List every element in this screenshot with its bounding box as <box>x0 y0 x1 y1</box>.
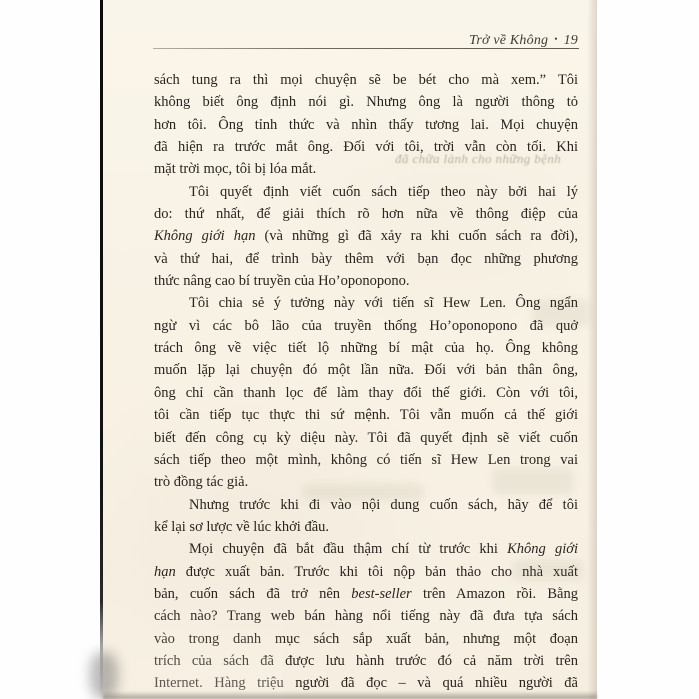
bleedthrough-smudge <box>303 484 423 500</box>
bleedthrough-text: đã chữa lành cho những bệnh <box>395 151 561 167</box>
text-segment: tôi cần tiếp tục thực thi sứ mệnh. Tôi v… <box>154 407 578 423</box>
text-segment: không biết ông định nói gì. Nhưng ông là… <box>154 94 578 110</box>
text-line: sách tung ra thì mọi chuyện sẽ be bét ch… <box>154 69 578 91</box>
text-line: cách nào? Trang web bán hàng nổi tiếng n… <box>154 605 578 627</box>
text-segment: do: thứ nhất, để giải thích rõ hơn nữa v… <box>154 206 578 222</box>
text-segment: trích của sách đã được lưu hành trước đó… <box>154 653 578 669</box>
text-segment: trách ông về việc tiết lộ những bí mật c… <box>154 340 578 356</box>
text-segment: Mọi chuyện đã bắt đầu thậm chí từ trước … <box>189 541 507 557</box>
page-paper: Trở về Không•19 sách tung ra thì mọi chu… <box>103 0 597 699</box>
text-line: ngừ vì các bô lão của truyền thống Ho’op… <box>154 315 578 337</box>
running-header: Trở về Không•19 <box>154 33 578 49</box>
text-segment: biết đến công cụ kỳ diệu này. Tôi đã quy… <box>154 430 578 446</box>
text-line: tôi cần tiếp tục thực thi sứ mệnh. Tôi v… <box>154 404 578 426</box>
italic-text-segment: Không giới hạn <box>154 228 255 244</box>
header-separator-dot: • <box>548 34 563 44</box>
text-segment: muốn lặp lại chuyện đó một lần nữa. Đối … <box>154 362 578 378</box>
text-segment: bản, cuốn sách đã trở nên <box>154 586 351 602</box>
italic-text-segment: hạn <box>154 564 176 580</box>
text-segment: Internet. Hàng triệu người đã đọc – và q… <box>154 675 578 691</box>
header-rule <box>153 48 579 49</box>
page-right-edge-shade <box>587 0 597 699</box>
bleedthrough-smudge <box>493 468 573 494</box>
text-segment: Tôi quyết định viết cuốn sách tiếp theo … <box>189 184 578 200</box>
page-bottom-shadow <box>103 691 597 699</box>
text-line: biết đến công cụ kỳ diệu này. Tôi đã quy… <box>154 427 578 449</box>
running-header-title: Trở về Không <box>469 33 548 48</box>
text-line: bản, cuốn sách đã trở nên best-seller tr… <box>154 583 578 605</box>
text-line: hơn tôi. Ông tỉnh thức và nhìn thấy tươn… <box>154 114 578 136</box>
text-segment: cách nào? Trang web bán hàng nổi tiếng n… <box>154 608 578 624</box>
text-line: trích của sách đã được lưu hành trước đó… <box>154 650 578 672</box>
text-segment: (và những gì đã xảy ra khi cuốn sách ra … <box>255 228 578 244</box>
text-line: vào trong danh mục sách sắp xuất bản, nh… <box>154 628 578 650</box>
text-line: Không giới hạn (và những gì đã xảy ra kh… <box>154 225 578 247</box>
text-line: trách ông về việc tiết lộ những bí mật c… <box>154 337 578 359</box>
italic-text-segment: best-seller <box>351 586 411 602</box>
text-line: do: thứ nhất, để giải thích rõ hơn nữa v… <box>154 203 578 225</box>
text-line: Tôi quyết định viết cuốn sách tiếp theo … <box>154 181 578 203</box>
text-line: muốn lặp lại chuyện đó một lần nữa. Đối … <box>154 359 578 381</box>
text-segment: trò đồng tác giả. <box>154 474 248 490</box>
text-line: ông chỉ cần thanh lọc để làm thay đổi th… <box>154 382 578 404</box>
bleedthrough-smudge <box>513 560 583 580</box>
text-segment: ông chỉ cần thanh lọc để làm thay đổi th… <box>154 385 578 401</box>
text-line: và thứ hai, để trình bày thêm với bạn đọ… <box>154 248 578 270</box>
text-segment: sách tung ra thì mọi chuyện sẽ be bét ch… <box>154 72 578 88</box>
italic-text-segment: Không giới <box>507 541 578 557</box>
text-segment: mặt trời mọc, tôi bị lóa mắt. <box>154 161 316 177</box>
scan-artifact-blob <box>90 652 118 699</box>
text-line: kể lại sơ lược về lúc khởi đầu. <box>154 516 578 538</box>
text-segment: hơn tôi. Ông tỉnh thức và nhìn thấy tươn… <box>154 117 578 133</box>
text-segment: trên Amazon rồi. Bằng <box>412 586 578 602</box>
text-line: không biết ông định nói gì. Nhưng ông là… <box>154 91 578 113</box>
text-line: thức nâng cao bí truyền của Ho’oponopono… <box>154 270 578 292</box>
text-segment: vào trong danh mục sách sắp xuất bản, nh… <box>154 631 578 647</box>
text-segment: thức nâng cao bí truyền của Ho’oponopono… <box>154 273 410 289</box>
text-line: Mọi chuyện đã bắt đầu thậm chí từ trước … <box>154 538 578 560</box>
text-segment: sách tiếp theo một mình, không có tiến s… <box>154 452 578 468</box>
text-segment: kể lại sơ lược về lúc khởi đầu. <box>154 519 329 535</box>
bleedthrough-smudge <box>533 300 589 326</box>
text-segment: ngừ vì các bô lão của truyền thống Ho’op… <box>154 318 578 334</box>
page-number: 19 <box>564 33 578 48</box>
text-line: Tôi chia sẻ ý tưởng này với tiến sĩ Hew … <box>154 292 578 314</box>
page-left-edge-line <box>100 0 103 699</box>
text-segment: Tôi chia sẻ ý tưởng này với tiến sĩ Hew … <box>189 295 578 311</box>
scanned-book-page: Trở về Không•19 sách tung ra thì mọi chu… <box>0 0 699 699</box>
text-segment: và thứ hai, để trình bày thêm với bạn đọ… <box>154 251 578 267</box>
